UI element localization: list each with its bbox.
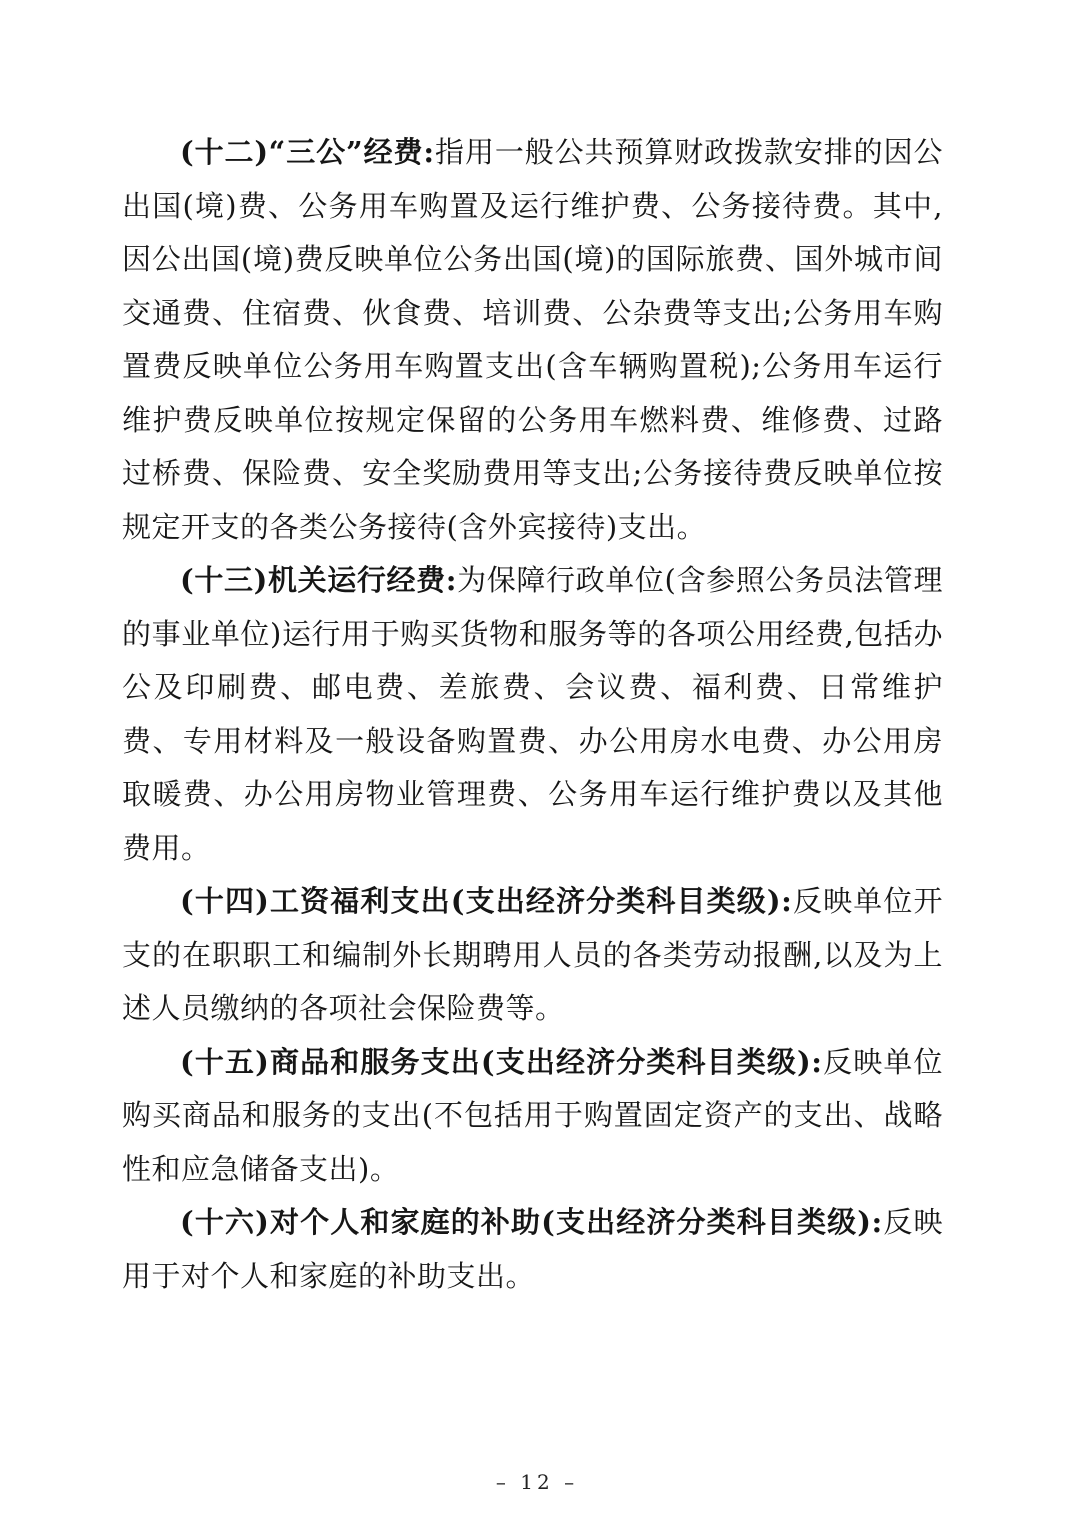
section-12-text: 指用一般公共预算财政拨款安排的因公出国(境)费、公务用车购置及运行维护费、公务接… — [122, 135, 943, 544]
paragraph-section-12: (十二)“三公”经费:指用一般公共预算财政拨款安排的因公出国(境)费、公务用车购… — [122, 126, 943, 554]
document-body: (十二)“三公”经费:指用一般公共预算财政拨款安排的因公出国(境)费、公务用车购… — [122, 126, 943, 1303]
section-13-heading: (十三)机关运行经费: — [180, 563, 457, 597]
paragraph-section-14: (十四)工资福利支出(支出经济分类科目类级):反映单位开支的在职职工和编制外长期… — [122, 875, 943, 1036]
paragraph-section-16: (十六)对个人和家庭的补助(支出经济分类科目类级):反映用于对个人和家庭的补助支… — [122, 1196, 943, 1303]
paragraph-section-13: (十三)机关运行经费:为保障行政单位(含参照公务员法管理的事业单位)运行用于购买… — [122, 554, 943, 875]
page-number: – 12 – — [496, 1470, 578, 1494]
section-15-heading: (十五)商品和服务支出(支出经济分类科目类级): — [180, 1045, 822, 1079]
page-footer: – 12 – — [0, 1470, 1074, 1494]
section-14-heading: (十四)工资福利支出(支出经济分类科目类级): — [180, 884, 792, 918]
section-16-heading: (十六)对个人和家庭的补助(支出经济分类科目类级): — [180, 1205, 883, 1239]
paragraph-section-15: (十五)商品和服务支出(支出经济分类科目类级):反映单位购买商品和服务的支出(不… — [122, 1036, 943, 1197]
section-13-text: 为保障行政单位(含参照公务员法管理的事业单位)运行用于购买货物和服务等的各项公用… — [122, 563, 943, 865]
section-12-heading: (十二)“三公”经费: — [180, 135, 435, 169]
document-page: (十二)“三公”经费:指用一般公共预算财政拨款安排的因公出国(境)费、公务用车购… — [0, 0, 1074, 1520]
